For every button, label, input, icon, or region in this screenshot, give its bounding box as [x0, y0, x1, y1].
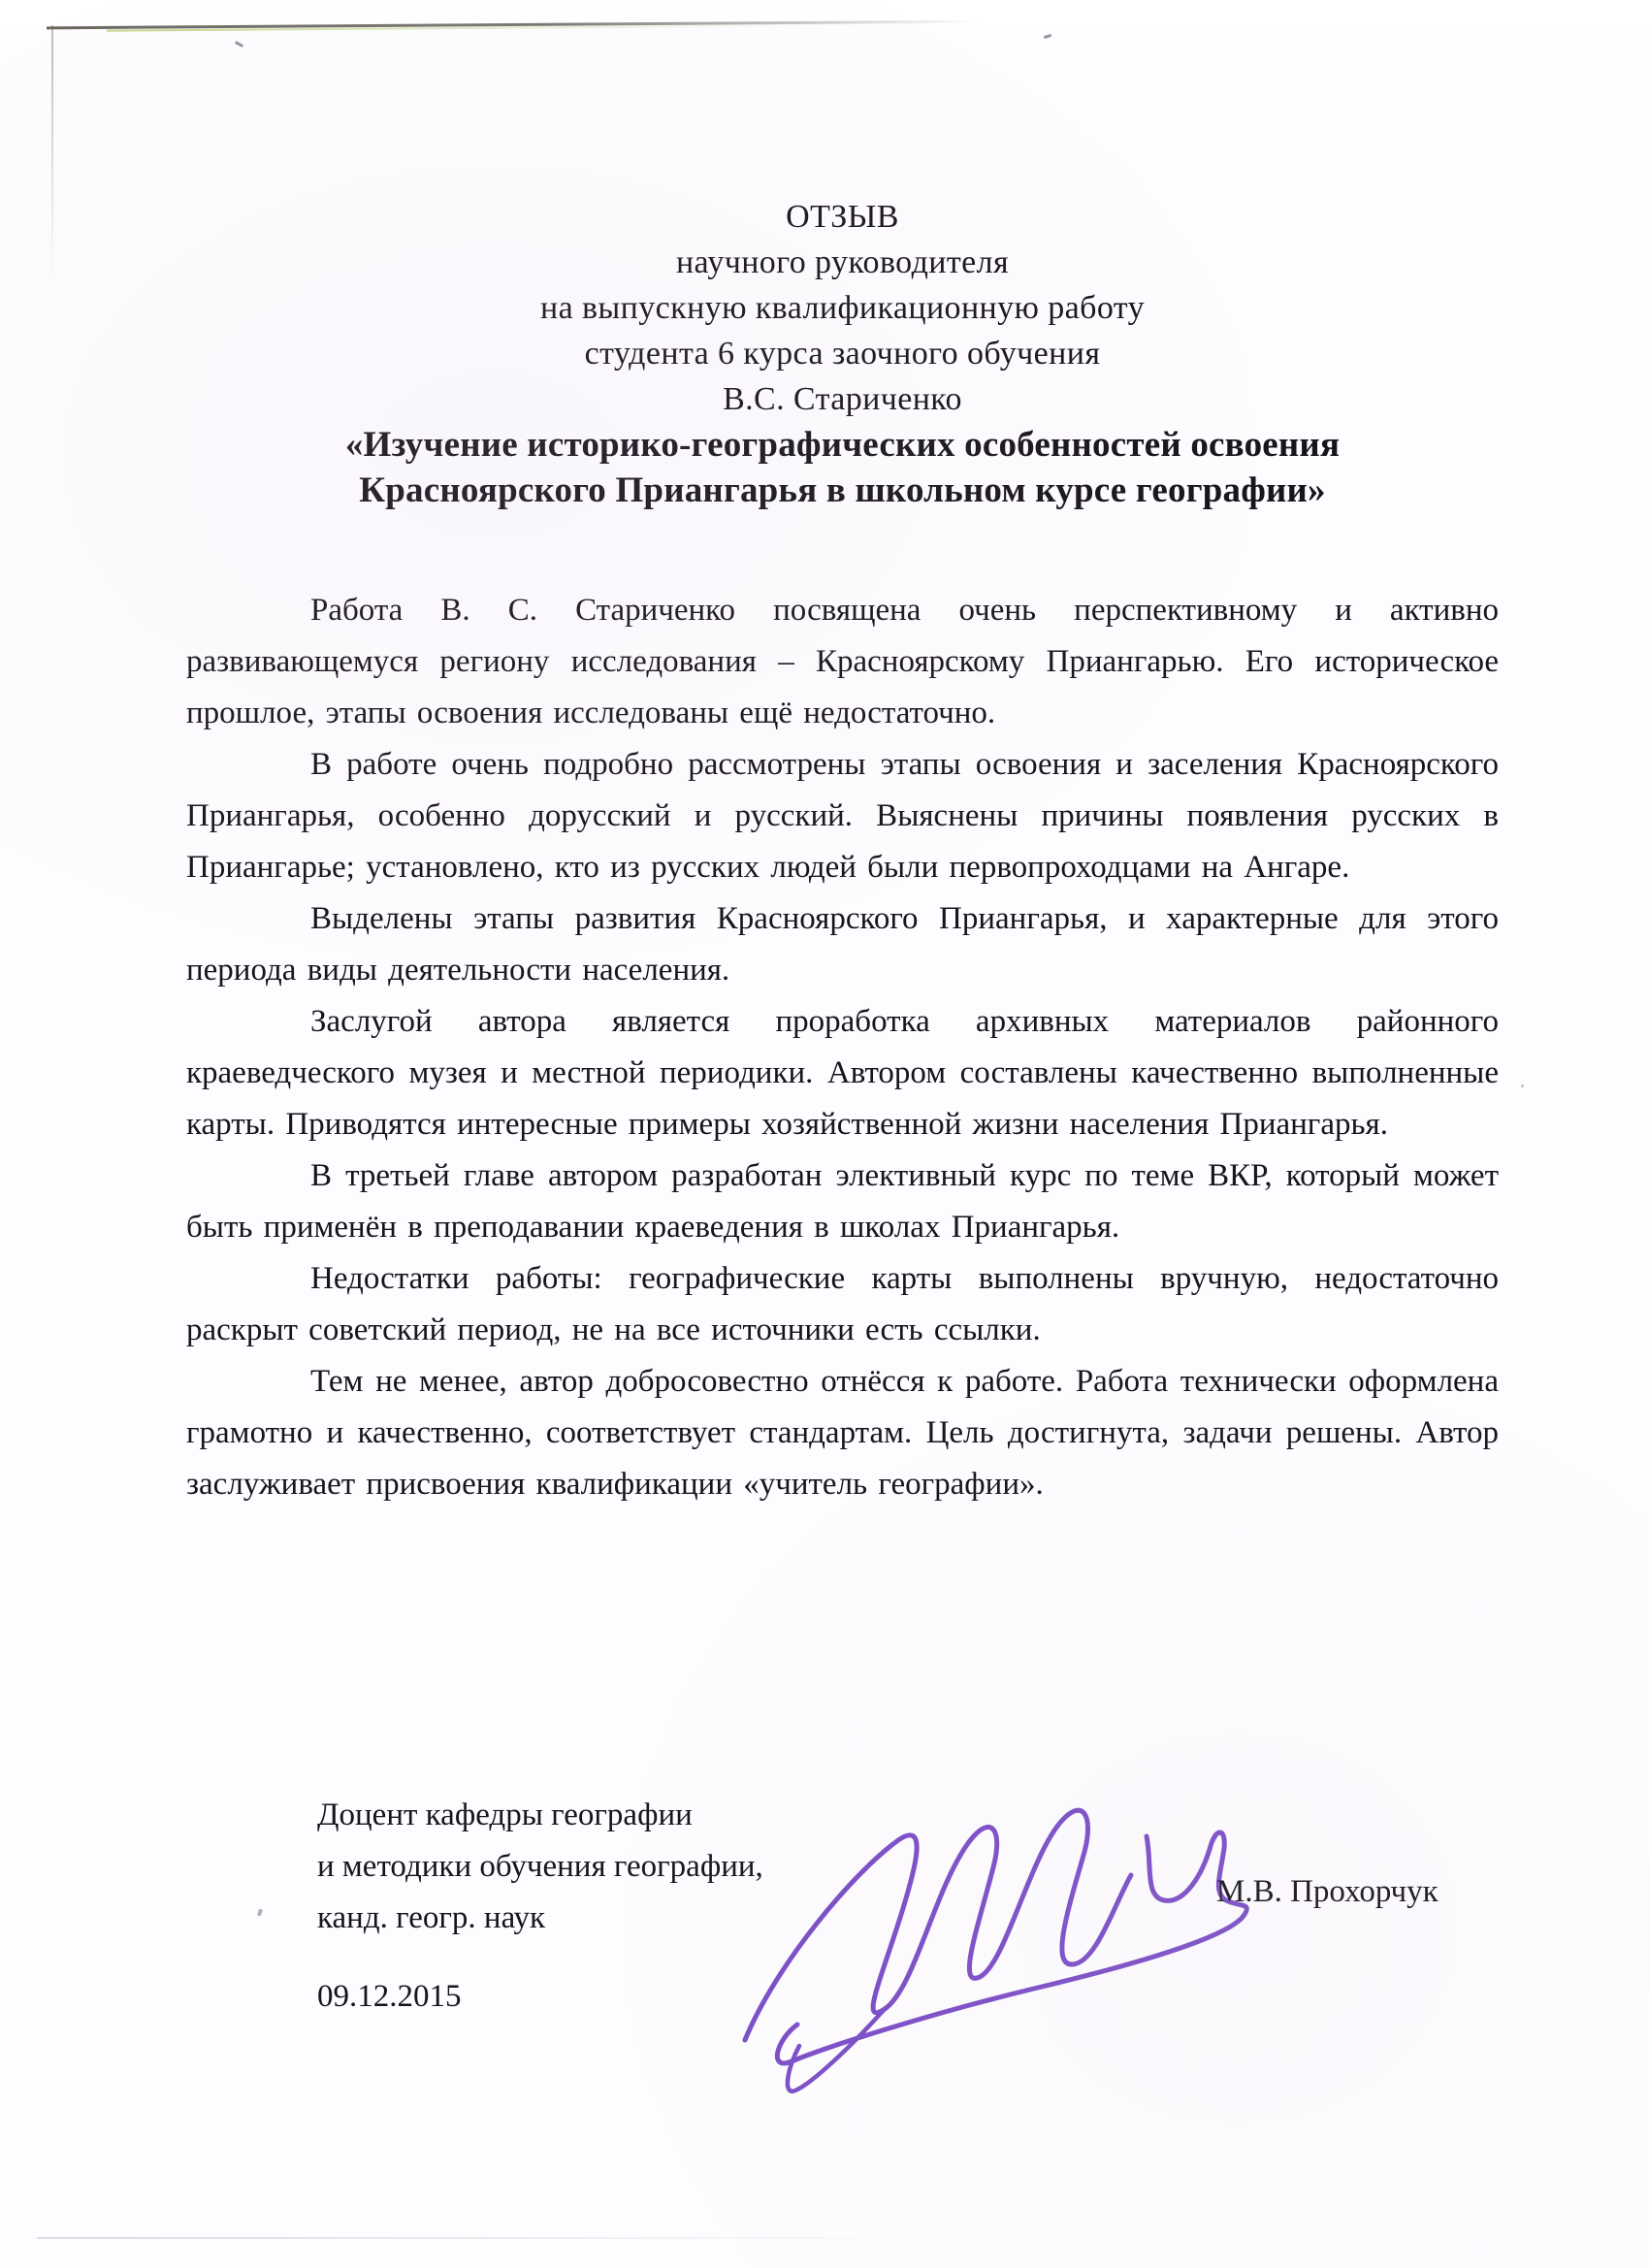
thesis-title-line-1: «Изучение историко-географических особен…	[186, 422, 1499, 468]
header-line-student-name: В.С. Стариченко	[186, 376, 1499, 422]
scan-speck	[235, 41, 243, 48]
header-line-student-course: студента 6 курса заочного обучения	[186, 331, 1499, 376]
body-paragraph-3: Выделены этапы развития Красноярского Пр…	[186, 893, 1499, 996]
review-kind-heading: ОТЗЫВ	[186, 194, 1499, 240]
body-paragraph-6: Недостатки работы: географические карты …	[186, 1253, 1499, 1356]
body-paragraph-1: Работа В. С. Стариченко посвящена очень …	[186, 585, 1499, 739]
header-line-supervisor: научного руководителя	[186, 240, 1499, 285]
signer-name: М.В. Прохорчук	[1216, 1874, 1439, 1910]
review-date: 09.12.2015	[317, 1979, 462, 2015]
body-paragraph-4: Заслугой автора является проработка архи…	[186, 996, 1499, 1150]
scan-speck	[257, 1909, 263, 1917]
handwritten-signature	[708, 1780, 1251, 2100]
body-paragraph-5: В третьей главе автором разработан элект…	[186, 1150, 1499, 1253]
signer-position-line-3: канд. геогр. наук	[317, 1893, 763, 1944]
signer-position-line-2: и методики обучения географии,	[317, 1841, 763, 1893]
page-left-edge-line	[51, 25, 53, 277]
signer-position-block: Доцент кафедры географии и методики обуч…	[317, 1790, 763, 1944]
body-paragraph-7: Тем не менее, автор добросовестно отнёсс…	[186, 1356, 1499, 1510]
thesis-title-line-2: Красноярского Приангарья в школьном курс…	[186, 468, 1499, 513]
document-header: ОТЗЫВ научного руководителя на выпускную…	[186, 194, 1499, 513]
header-line-work-type: на выпускную квалификационную работу	[186, 285, 1499, 331]
scan-speck	[1044, 34, 1052, 39]
scanned-review-page: ОТЗЫВ научного руководителя на выпускную…	[0, 0, 1649, 2268]
signer-position-line-1: Доцент кафедры географии	[317, 1790, 763, 1841]
review-body: Работа В. С. Стариченко посвящена очень …	[186, 585, 1499, 1510]
page-bottom-edge-line	[37, 2237, 949, 2239]
scan-speck	[1521, 1085, 1524, 1087]
body-paragraph-2: В работе очень подробно рассмотрены этап…	[186, 739, 1499, 893]
